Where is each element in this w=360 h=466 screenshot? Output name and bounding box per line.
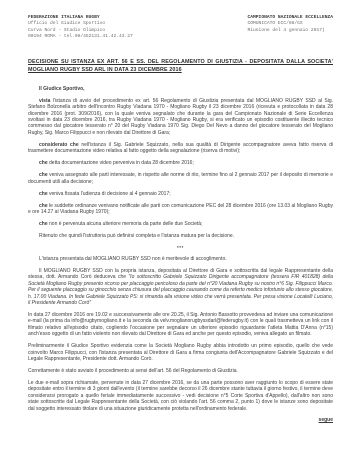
letterhead: FEDERAZIONE ITALIANA RUGBY Ufficio del G… [28,15,333,41]
paragraph-lead: che [39,203,48,209]
paragraph-ritenuto: Ritenuto che quindi l'istruttoria può de… [28,233,333,239]
decision-statement: L'istanza presentata dal MOGLIANO RUGBY … [28,256,333,262]
paragraph-che-1: che detta documentazione video perveniva… [28,160,333,166]
document-body: Il Giudice Sportivo, vista l'istanza di … [28,86,333,412]
paragraph-che-3: che veniva fissata l'udienza di decision… [28,191,333,197]
letterhead-left: FEDERAZIONE ITALIANA RUGBY Ufficio del G… [28,15,133,41]
paragraph-text: non è pervenuta alcuna ulteriore memoria… [48,221,203,227]
paragraph-considerato: considerato che nell'istanza il Sig. Gab… [28,142,333,155]
section-separator: *** [28,245,333,251]
paragraph-emails: In data 27 dicembre 2016 ore 19.02 e suc… [28,312,333,338]
paragraph-vista: vista l'istanza di avvio del procediment… [28,98,333,136]
paragraph-lead: che [39,221,48,227]
document-page: FEDERAZIONE ITALIANA RUGBY Ufficio del G… [0,0,360,466]
continuation-note: segue [28,417,333,423]
address-line-2: 00194 ROMA - tel.06/452131.41.42.43.27 [28,34,133,40]
paragraph-text: le suddette ordinanze venivano notificat… [28,203,333,215]
paragraph-lead: vista [39,98,50,104]
paragraph-text: veniva assegnato alle parti interessate,… [28,172,333,184]
opening-line: Il Giudice Sportivo, [28,86,333,92]
paragraph-text: detta documentazione video perveniva in … [48,160,194,166]
paragraph-lead: che [39,172,48,178]
letterhead-right: CAMPIONATO NAZIONALE ECCELLENZA COMUNICA… [248,15,333,34]
paragraph-che-4: che le suddette ordinanze venivano notif… [28,203,333,216]
paragraph-text: l'istanza di avvio del procedimento ex a… [28,98,333,136]
paragraph-correttamente: Correttamente è stato avviato il procedi… [28,368,333,374]
paragraph-istanza: Il MOGLIANO RUGBY SSD con la propria ist… [28,268,333,306]
paragraph-preliminare: Preliminarmente il Giudice Sportivo evid… [28,343,333,362]
paragraph-che-5: che non è pervenuta alcuna ulteriore mem… [28,221,333,227]
paragraph-lead: che [39,191,48,197]
paragraph-text: veniva fissata l'udienza di decisione al… [48,191,171,197]
decision-title: DECISIONE SU ISTANZA EX ART. 56 E SS. DE… [28,58,333,74]
paragraph-che-2: che veniva assegnato alle parti interess… [28,172,333,185]
meeting-date: Riunione del 4 gennaio 2017) [248,28,333,34]
paragraph-lead: considerato che [39,142,79,148]
paragraph-termini: Le due e-mail sopra richiamate, pervenut… [28,380,333,412]
paragraph-lead: che [39,160,48,166]
